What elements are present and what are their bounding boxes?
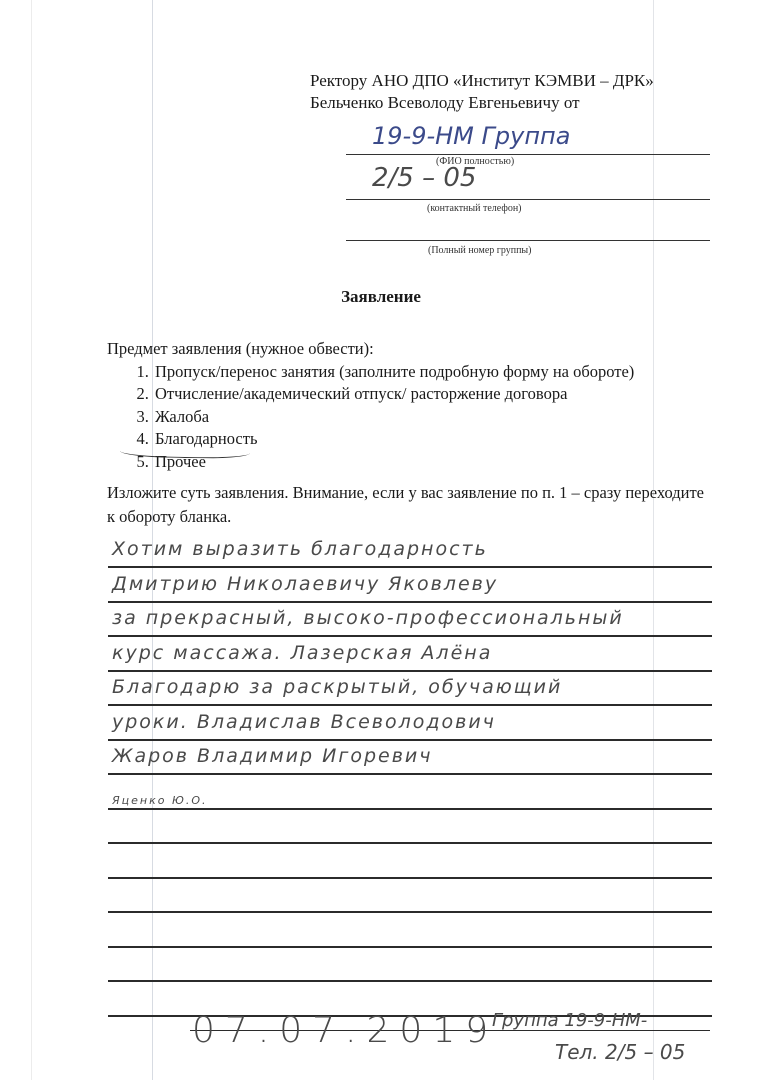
ruled-line bbox=[108, 911, 712, 913]
subject-prompt: Предмет заявления (нужное обвести): bbox=[107, 338, 634, 361]
ruled-line bbox=[108, 566, 712, 568]
ruled-line bbox=[108, 808, 712, 810]
ruled-line bbox=[108, 601, 712, 603]
essay-line[interactable]: курс массажа. Лазерская Алёна bbox=[112, 642, 492, 664]
ruled-line bbox=[108, 635, 712, 637]
ruled-line bbox=[108, 670, 712, 672]
group-field-line bbox=[346, 240, 710, 241]
essay-line[interactable]: уроки. Владислав Всеволодович bbox=[112, 711, 496, 733]
scan-margin-line bbox=[653, 0, 654, 1080]
addressee-line-2: Бельченко Всеволоду Евгеньевичу от bbox=[310, 92, 654, 114]
essay-line[interactable]: Жаров Владимир Игоревич bbox=[112, 745, 432, 767]
footer-phone[interactable]: Тел. 2/5 – 05 bbox=[555, 1040, 685, 1064]
addressee-block: Ректору АНО ДПО «Институт КЭМВИ – ДРК» Б… bbox=[310, 70, 654, 114]
name-field-value[interactable]: 19-9-НМ Группа bbox=[372, 122, 570, 150]
instruction-text: Изложите суть заявления. Внимание, если … bbox=[107, 481, 707, 529]
footer-group[interactable]: Группа 19-9-НМ- bbox=[492, 1010, 647, 1031]
essay-line[interactable]: Яценко Ю.О. bbox=[112, 794, 208, 807]
ruled-line bbox=[108, 842, 712, 844]
essay-line[interactable]: Дмитрию Николаевичу Яковлеву bbox=[112, 573, 498, 595]
essay-line[interactable]: за прекрасный, высоко-профессиональный bbox=[112, 607, 624, 629]
footer-date[interactable]: 07.07.2019 bbox=[192, 1010, 498, 1051]
essay-line[interactable]: Хотим выразить благодарность bbox=[112, 538, 488, 560]
addressee-line-1: Ректору АНО ДПО «Институт КЭМВИ – ДРК» bbox=[310, 70, 654, 92]
subject-option[interactable]: Пропуск/перенос занятия (заполните подро… bbox=[153, 361, 634, 384]
ruled-line bbox=[108, 773, 712, 775]
phone-field-value[interactable]: 2/5 – 05 bbox=[372, 163, 476, 193]
ruled-line bbox=[108, 980, 712, 982]
phone-field-line bbox=[346, 199, 710, 200]
group-field-label: (Полный номер группы) bbox=[428, 245, 531, 256]
name-field-line bbox=[346, 154, 710, 155]
subject-option[interactable]: Жалоба bbox=[153, 406, 634, 429]
essay-line[interactable]: Благодарю за раскрытый, обучающий bbox=[112, 676, 562, 698]
subject-option[interactable]: Отчисление/академический отпуск/ расторж… bbox=[153, 383, 634, 406]
ruled-line bbox=[108, 877, 712, 879]
scan-margin-line bbox=[31, 0, 32, 1080]
phone-field-label: (контактный телефон) bbox=[427, 203, 522, 214]
page-title: Заявление bbox=[0, 287, 762, 307]
ruled-line bbox=[108, 739, 712, 741]
ruled-line bbox=[108, 946, 712, 948]
ruled-line bbox=[108, 704, 712, 706]
